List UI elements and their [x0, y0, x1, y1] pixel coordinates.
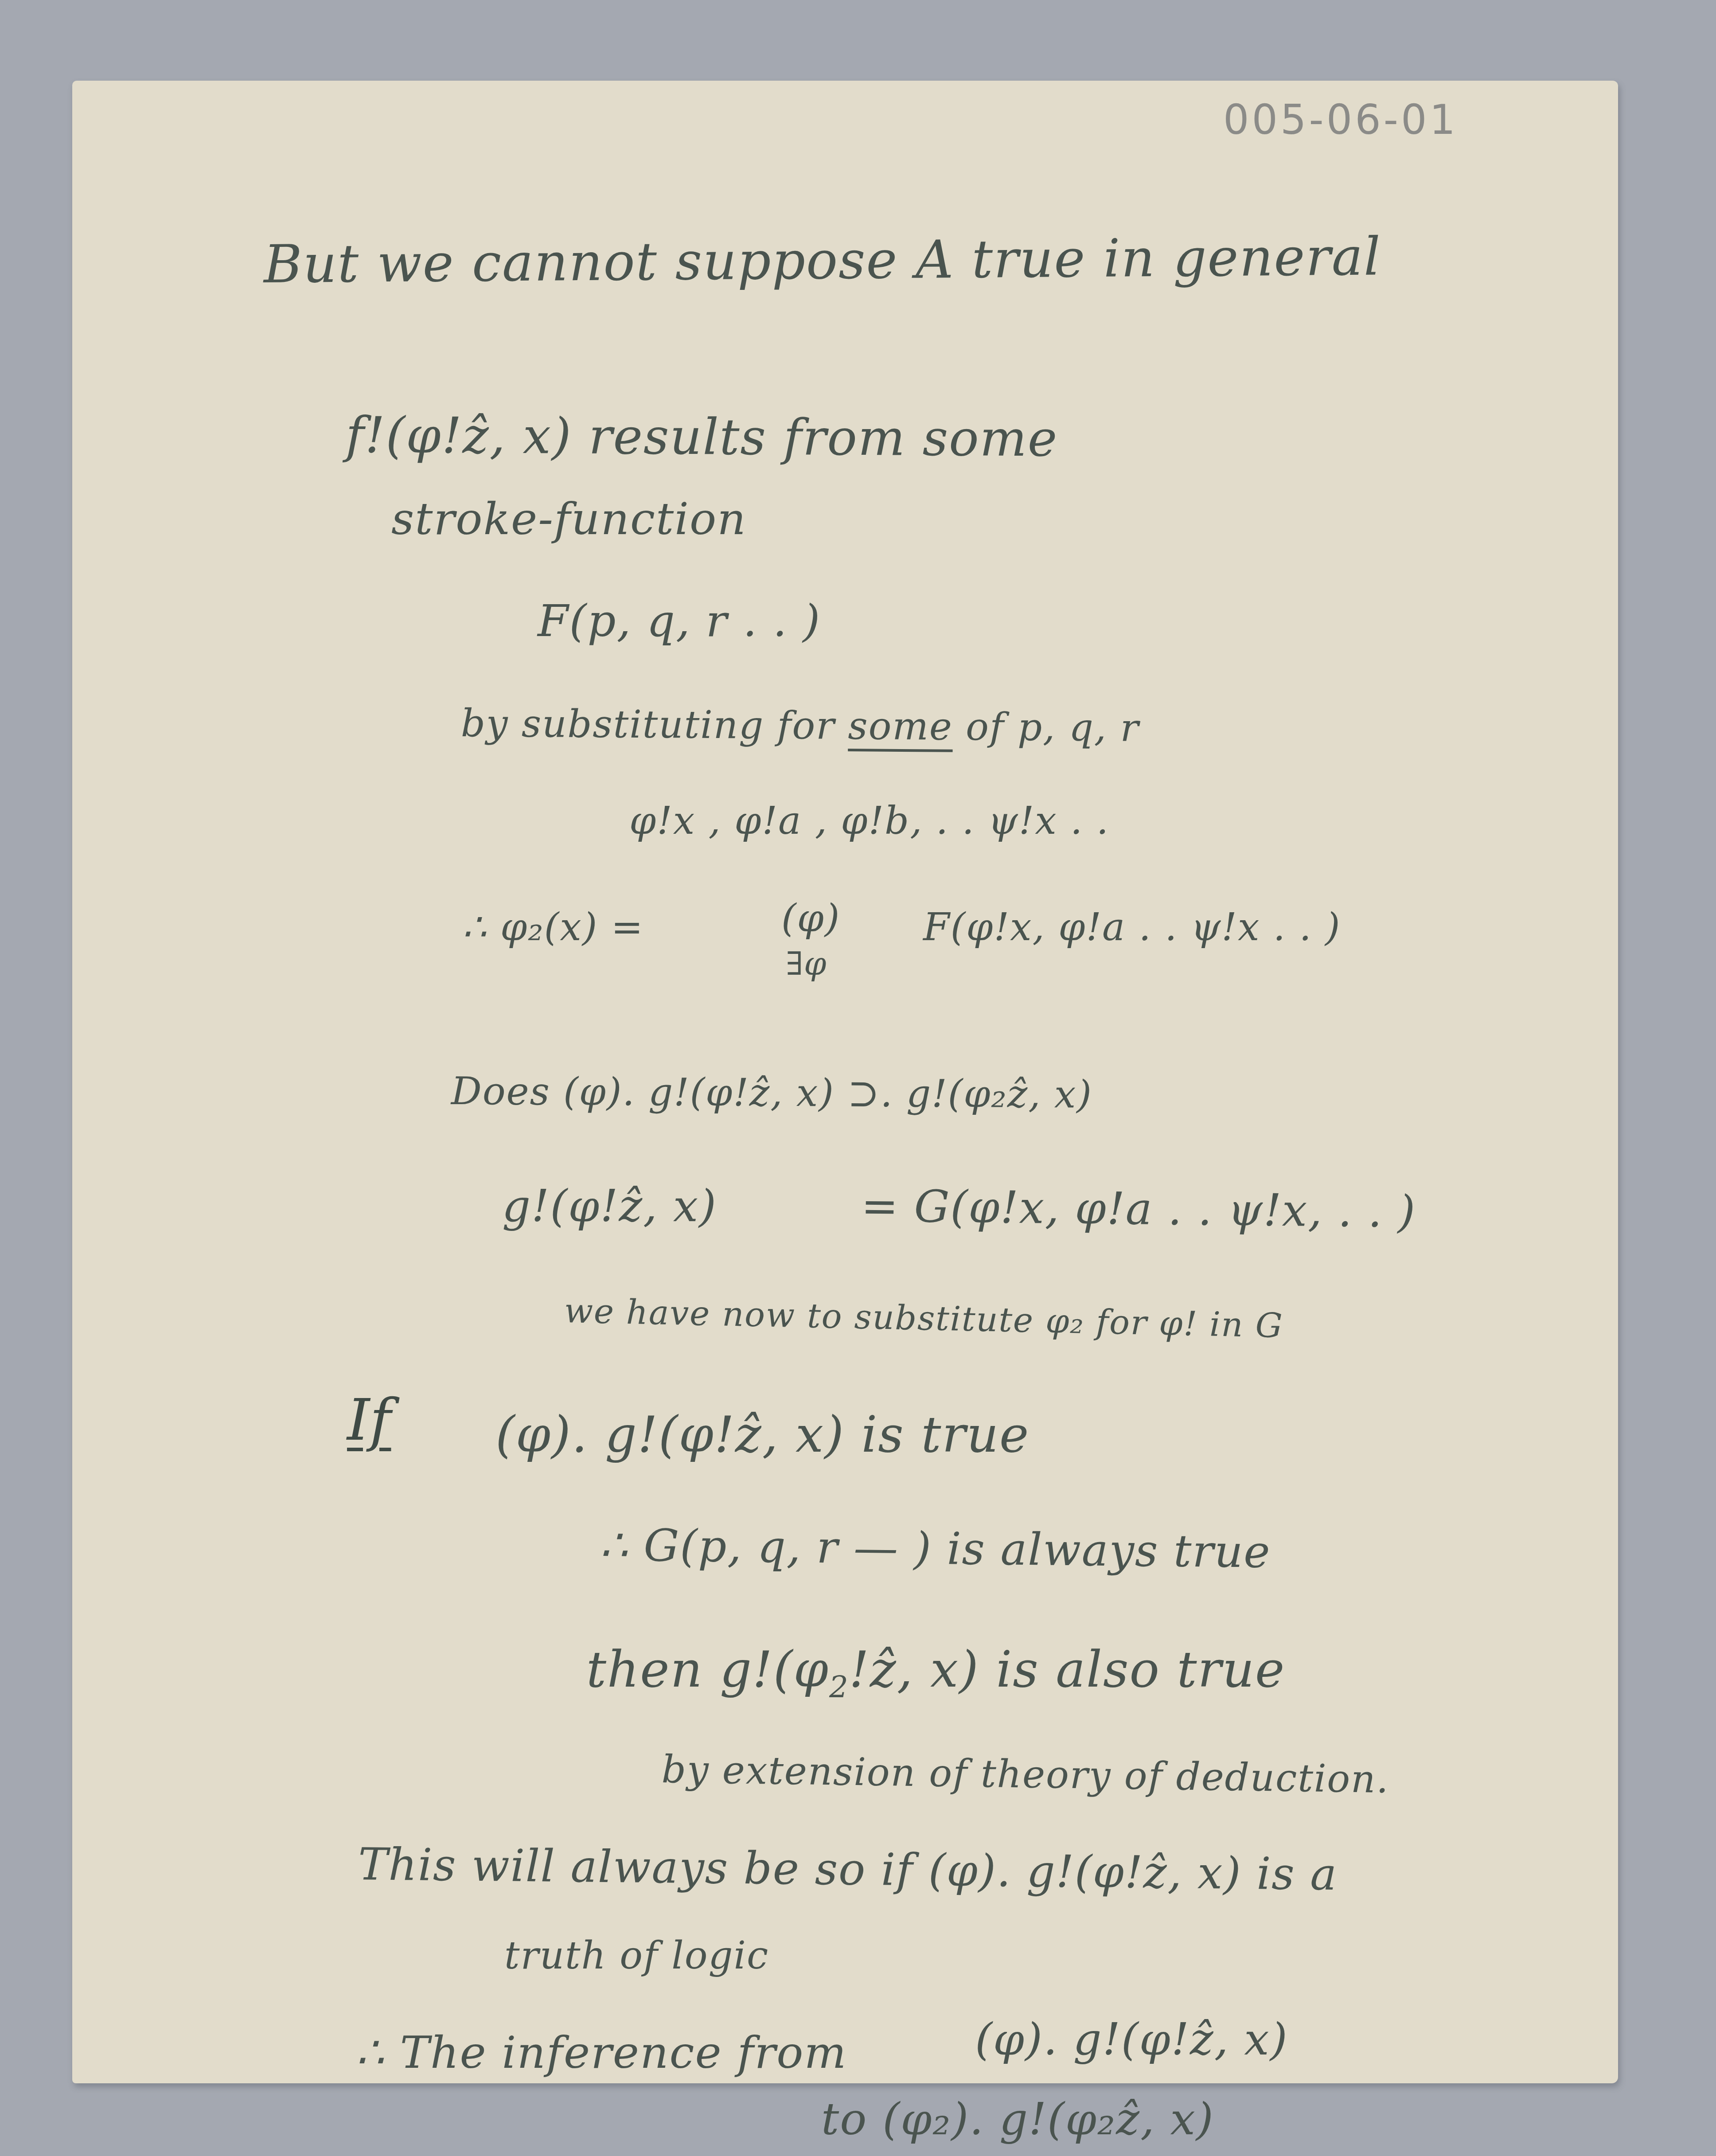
archive-reference-number: 005-06-01 [1223, 96, 1458, 144]
text-segment: !ẑ, x) is also true [849, 1641, 1286, 1699]
manuscript-line-G-expansion: = G(φ!x, φ!a . . ψ!x, . . ) [861, 1180, 1416, 1238]
text-segment: of p, q, r [953, 705, 1140, 750]
text-segment: then g!(φ [586, 1641, 829, 1699]
text-segment: by substituting for [461, 701, 848, 748]
manuscript-line-inference-premise: (φ). g!(φ!ẑ, x) [975, 2013, 1288, 2065]
manuscript-line-substitute-note: we have now to substitute φ₂ for φ! in G [564, 1291, 1283, 1345]
manuscript-line-formula-F: F(p, q, r . . ) [538, 595, 821, 647]
manuscript-line-G-always-true: ∴ G(p, q, r — ) is always true [599, 1519, 1271, 1578]
manuscript-quantifier-phi: (φ) [781, 896, 840, 941]
manuscript-line-always-so: This will always be so if (φ). g!(φ!ẑ, x… [358, 1838, 1338, 1900]
manuscript-line-inference-conclusion: to (φ₂). g!(φ₂ẑ, x) [821, 2093, 1214, 2145]
manuscript-line-if-true: (φ). g!(φ!ẑ, x) is true [495, 1406, 1030, 1464]
margin-mark-if: If [347, 1386, 391, 1453]
manuscript-line-formula-f: f!(φ!ẑ, x) results from some [346, 406, 1058, 468]
manuscript-line-g-formula: g!(φ!ẑ, x) [502, 1180, 717, 1232]
manuscript-line-stroke-function: stroke-function [391, 493, 747, 545]
manuscript-line-extension-deduction: by extension of theory of deduction. [661, 1747, 1389, 1802]
manuscript-line-phi-list: φ!x , φ!a , φ!b, . . ψ!x . . [629, 799, 1109, 843]
manuscript-line-does-question: Does (φ). g!(φ!ẑ, x) ⊃. g!(φ₂ẑ, x) [451, 1069, 1093, 1117]
manuscript-line-inference-from: ∴ The inference from [356, 2027, 847, 2078]
manuscript-page: 005-06-01 But we cannot suppose A true i… [72, 81, 1618, 2083]
manuscript-line-truth-of-logic: truth of logic [504, 1933, 769, 1978]
manuscript-line-heading: But we cannot suppose A true in general [264, 226, 1382, 295]
subscript-2: 2 [829, 1670, 849, 1704]
manuscript-line-F-expansion: F(φ!x, φ!a . . ψ!x . . ) [923, 905, 1341, 949]
manuscript-line-phi2-definition: ∴ φ₂(x) = [462, 905, 644, 949]
emphasized-word-some: some [848, 704, 953, 749]
manuscript-line-substituting: by substituting for some of p, q, r [461, 701, 1139, 750]
manuscript-exists-phi: ∃φ [786, 945, 827, 982]
manuscript-line-then-also-true: then g!(φ2!ẑ, x) is also true [586, 1641, 1285, 1704]
